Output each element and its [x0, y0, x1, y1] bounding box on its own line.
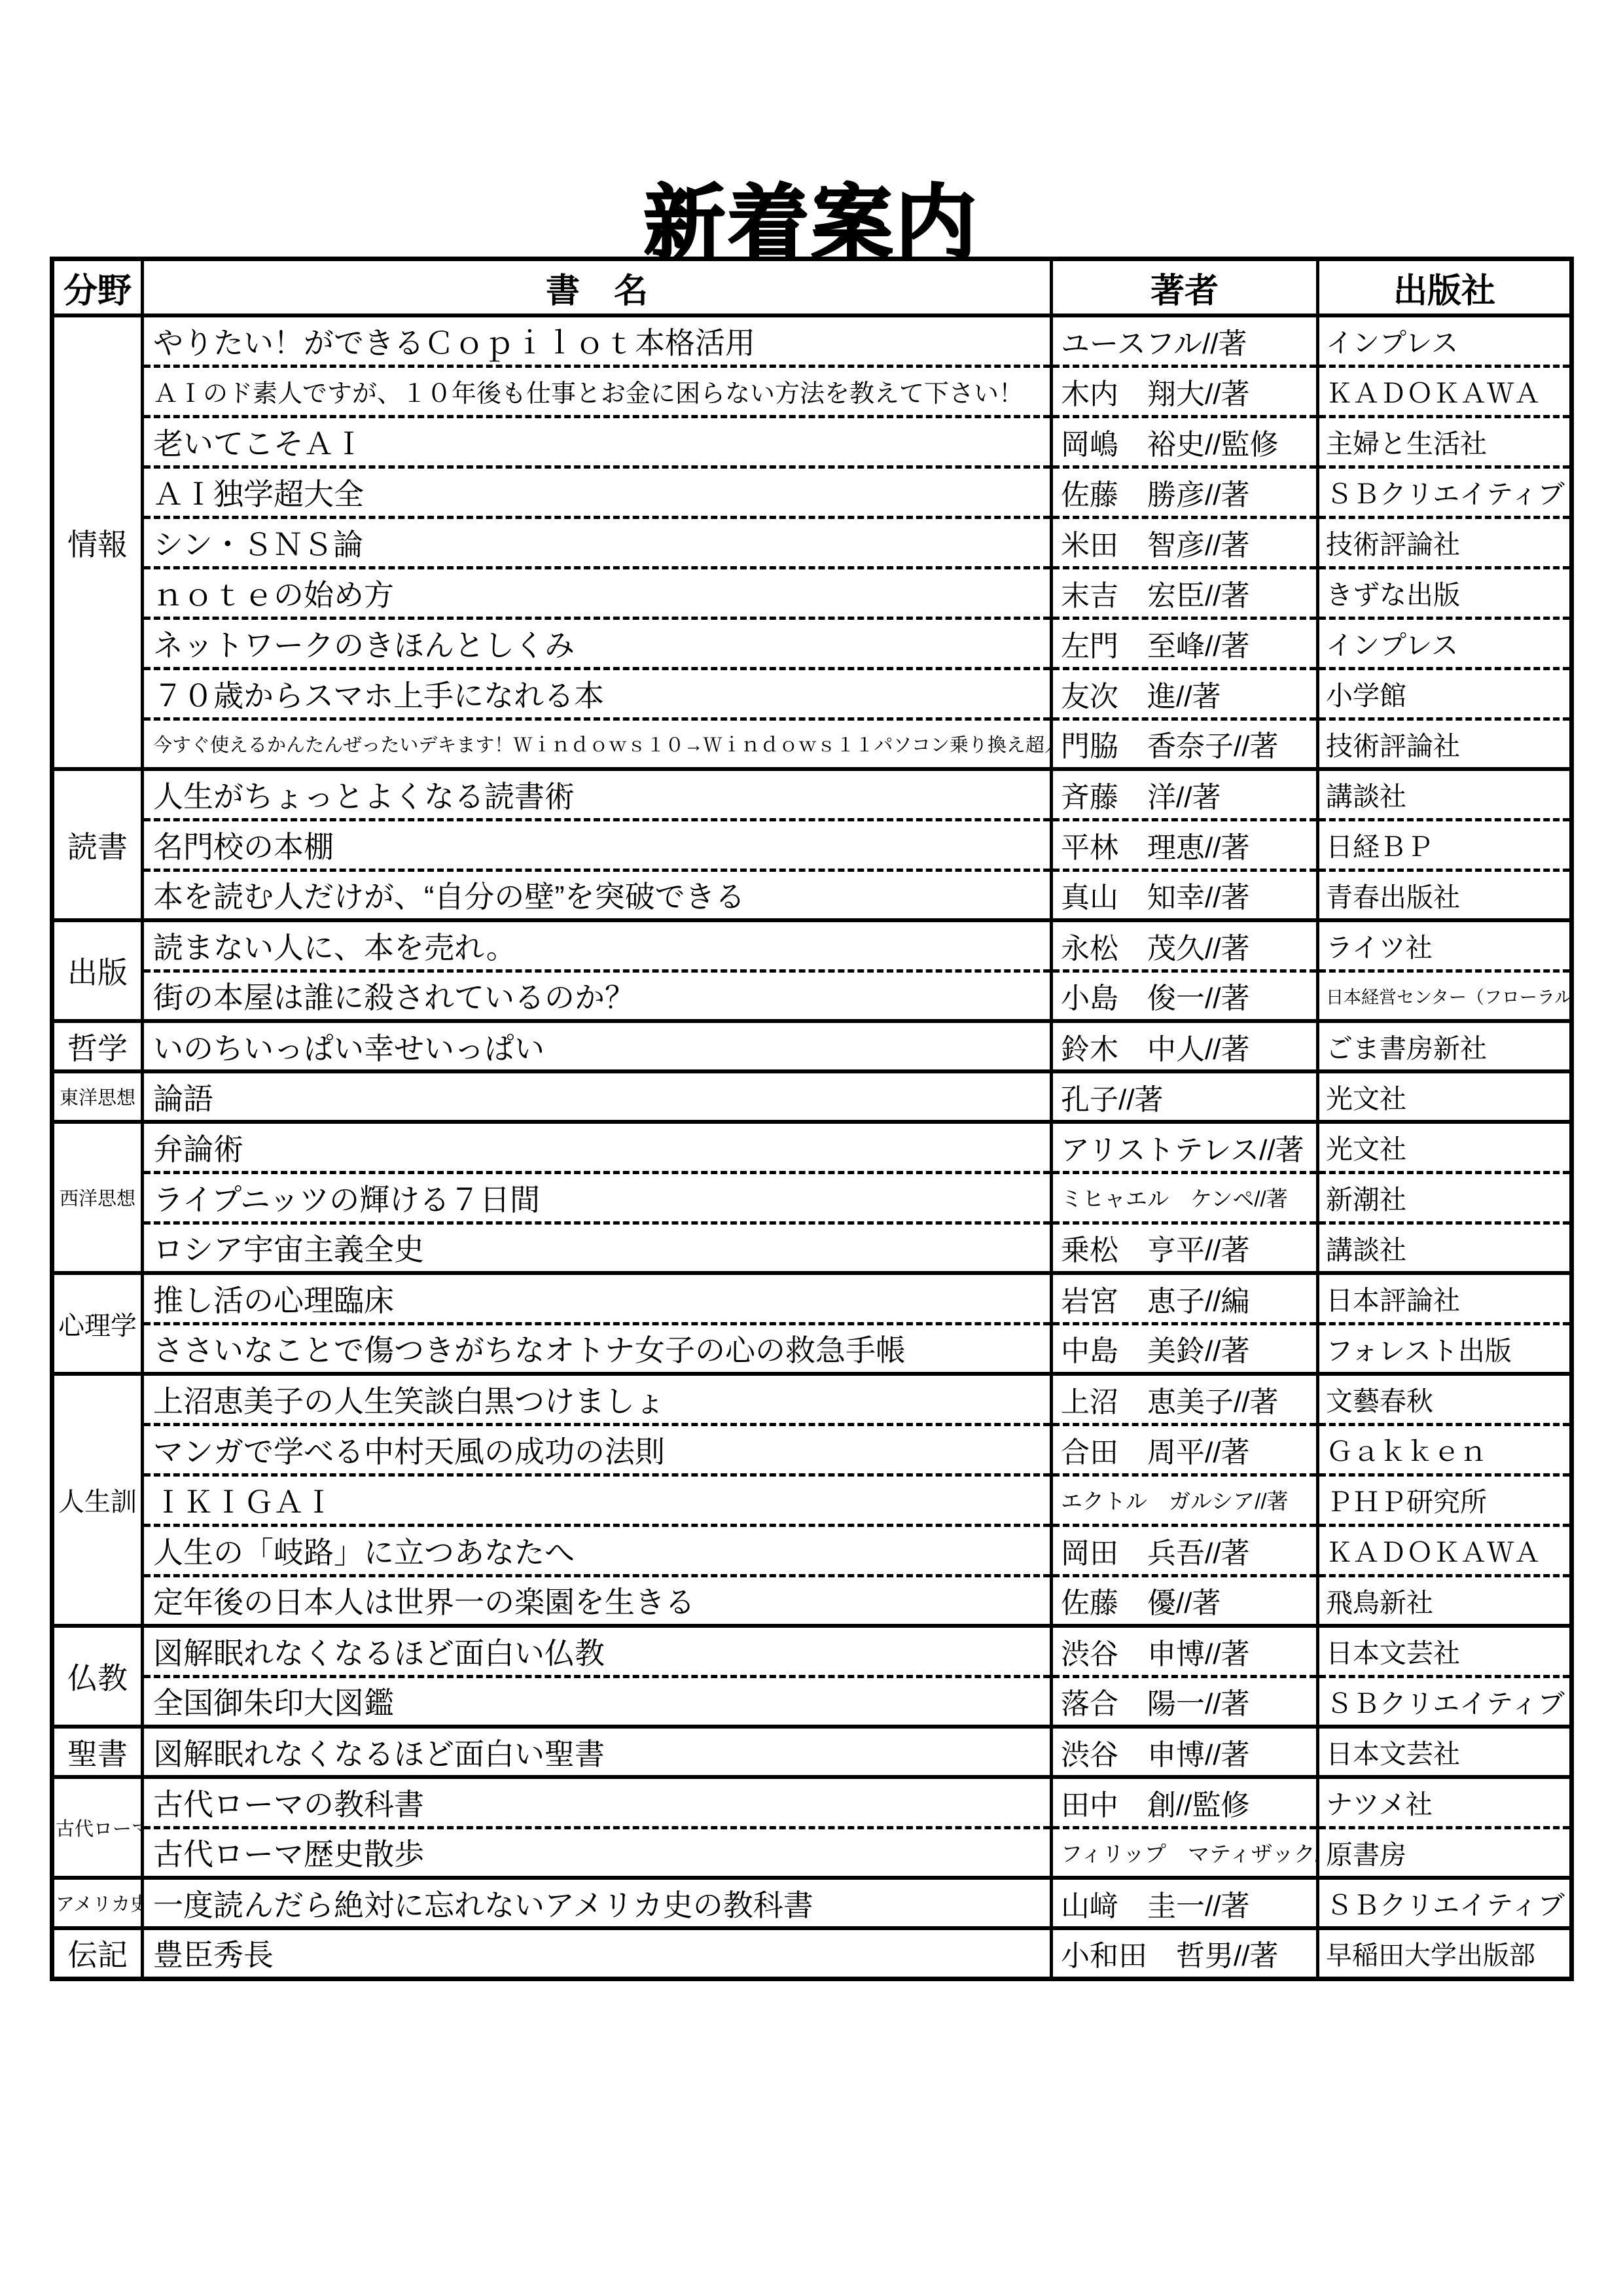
header-publisher: 出版社 — [1318, 259, 1572, 316]
table-row: ささいなことで傷つきがちなオトナ女子の心の救急手帳中島 美鈴//著フォレスト出版 — [52, 1323, 1572, 1374]
author-cell: 田中 創//監修 — [1052, 1777, 1318, 1827]
table-header-row: 分野 書 名 著者 出版社 — [52, 259, 1572, 316]
table-section: 西洋思想弁論術アリストテレス//著光文社ライプニッツの輝ける７日間ミヒャエル ケ… — [52, 1122, 1572, 1273]
author-cell: 岩宮 恵子//編 — [1052, 1273, 1318, 1323]
table-row: ライプニッツの輝ける７日間ミヒャエル ケンペ//著新潮社 — [52, 1172, 1572, 1223]
publisher-cell: 光文社 — [1318, 1071, 1572, 1122]
table-row: ロシア宇宙主義全史乗松 亨平//著講談社 — [52, 1223, 1572, 1273]
table-section: 東洋思想論語孔子//著光文社 — [52, 1071, 1572, 1122]
author-cell: アリストテレス//著 — [1052, 1122, 1318, 1172]
author-cell: 小島 俊一//著 — [1052, 971, 1318, 1021]
header-author: 著者 — [1052, 259, 1318, 316]
author-cell: 友次 進//著 — [1052, 668, 1318, 719]
publisher-cell: 講談社 — [1318, 1223, 1572, 1273]
new-arrivals-table: 分野 書 名 著者 出版社 情報やりたい！ができるＣｏｐｉｌｏｔ本格活用ユースフ… — [50, 257, 1574, 1981]
book-title-cell: 一度読んだら絶対に忘れないアメリカ史の教科書 — [143, 1878, 1052, 1928]
table-row: ７０歳からスマホ上手になれる本友次 進//著小学館 — [52, 668, 1572, 719]
table-section: 心理学推し活の心理臨床岩宮 恵子//編日本評論社ささいなことで傷つきがちなオトナ… — [52, 1273, 1572, 1374]
publisher-cell: ＰＨＰ研究所 — [1318, 1475, 1572, 1525]
table-row: 老いてこそＡＩ岡嶋 裕史//監修主婦と生活社 — [52, 416, 1572, 467]
book-title-cell: 人生がちょっとよくなる読書術 — [143, 769, 1052, 819]
table-row: 仏教図解眠れなくなるほど面白い仏教渋谷 申博//著日本文芸社 — [52, 1626, 1572, 1676]
book-title-cell: 上沼恵美子の人生笑談白黒つけましょ — [143, 1374, 1052, 1424]
book-title-cell: 全国御朱印大図鑑 — [143, 1676, 1052, 1727]
publisher-cell: 日本文芸社 — [1318, 1626, 1572, 1676]
book-title-cell: ネットワークのきほんとしくみ — [143, 618, 1052, 668]
book-title-cell: 老いてこそＡＩ — [143, 416, 1052, 467]
table-row: 情報やりたい！ができるＣｏｐｉｌｏｔ本格活用ユースフル//著インプレス — [52, 315, 1572, 366]
table-row: 定年後の日本人は世界一の楽園を生きる佐藤 優//著飛鳥新社 — [52, 1575, 1572, 1626]
author-cell: 岡嶋 裕史//監修 — [1052, 416, 1318, 467]
book-title-cell: 古代ローマの教科書 — [143, 1777, 1052, 1827]
category-cell: 聖書 — [52, 1727, 143, 1777]
publisher-cell: 技術評論社 — [1318, 517, 1572, 567]
table-row: ＡＩのド素人ですが、１０年後も仕事とお金に困らない方法を教えて下さい！木内 翔大… — [52, 366, 1572, 416]
category-cell: 東洋思想 — [52, 1071, 143, 1122]
table-row: 出版読まない人に、本を売れ。永松 茂久//著ライツ社 — [52, 920, 1572, 971]
publisher-cell: 文藝春秋 — [1318, 1374, 1572, 1424]
table-row: 人生の「岐路」に立つあなたへ岡田 兵吾//著ＫＡＤＯＫＡＷＡ — [52, 1525, 1572, 1575]
table-row: 西洋思想弁論術アリストテレス//著光文社 — [52, 1122, 1572, 1172]
publisher-cell: ＳＢクリエイティブ — [1318, 1878, 1572, 1928]
book-title-cell: ライプニッツの輝ける７日間 — [143, 1172, 1052, 1223]
publisher-cell: 早稲田大学出版部 — [1318, 1928, 1572, 1979]
table-section: 聖書図解眠れなくなるほど面白い聖書渋谷 申博//著日本文芸社 — [52, 1727, 1572, 1777]
book-title-cell: 街の本屋は誰に殺されているのか？ — [143, 971, 1052, 1021]
table-section: 人生訓上沼恵美子の人生笑談白黒つけましょ上沼 恵美子//著文藝春秋マンガで学べる… — [52, 1374, 1572, 1626]
table-row: 哲学いのちいっぱい幸せいっぱい鈴木 中人//著ごま書房新社 — [52, 1021, 1572, 1071]
author-cell: 佐藤 勝彦//著 — [1052, 467, 1318, 517]
author-cell: 門脇 香奈子//著 — [1052, 719, 1318, 769]
author-cell: 真山 知幸//著 — [1052, 870, 1318, 920]
table-row: 東洋思想論語孔子//著光文社 — [52, 1071, 1572, 1122]
table-row: 全国御朱印大図鑑落合 陽一//著ＳＢクリエイティブ — [52, 1676, 1572, 1727]
author-cell: フィリップ マティザック//著 — [1052, 1827, 1318, 1878]
book-title-cell: 人生の「岐路」に立つあなたへ — [143, 1525, 1052, 1575]
author-cell: 乗松 亨平//著 — [1052, 1223, 1318, 1273]
book-title-cell: 本を読む人だけが、“自分の壁”を突破できる — [143, 870, 1052, 920]
author-cell: 合田 周平//著 — [1052, 1424, 1318, 1475]
publisher-cell: 日本文芸社 — [1318, 1727, 1572, 1777]
book-title-cell: 豊臣秀長 — [143, 1928, 1052, 1979]
publisher-cell: 講談社 — [1318, 769, 1572, 819]
publisher-cell: ナツメ社 — [1318, 1777, 1572, 1827]
category-cell: 読書 — [52, 769, 143, 920]
table-section: 古代ローマ古代ローマの教科書田中 創//監修ナツメ社古代ローマ歴史散歩フィリップ… — [52, 1777, 1572, 1878]
category-cell: 人生訓 — [52, 1374, 143, 1626]
book-title-cell: 推し活の心理臨床 — [143, 1273, 1052, 1323]
book-title-cell: 弁論術 — [143, 1122, 1052, 1172]
table-row: 心理学推し活の心理臨床岩宮 恵子//編日本評論社 — [52, 1273, 1572, 1323]
table-row: アメリカ史一度読んだら絶対に忘れないアメリカ史の教科書山﨑 圭一//著ＳＢクリエ… — [52, 1878, 1572, 1928]
publisher-cell: 小学館 — [1318, 668, 1572, 719]
table-section: 伝記豊臣秀長小和田 哲男//著早稲田大学出版部 — [52, 1928, 1572, 1979]
author-cell: ミヒャエル ケンペ//著 — [1052, 1172, 1318, 1223]
author-cell: 落合 陽一//著 — [1052, 1676, 1318, 1727]
publisher-cell: インプレス — [1318, 315, 1572, 366]
book-title-cell: 定年後の日本人は世界一の楽園を生きる — [143, 1575, 1052, 1626]
table-row: 人生訓上沼恵美子の人生笑談白黒つけましょ上沼 恵美子//著文藝春秋 — [52, 1374, 1572, 1424]
publisher-cell: ライツ社 — [1318, 920, 1572, 971]
category-cell: 古代ローマ — [52, 1777, 143, 1878]
publisher-cell: 原書房 — [1318, 1827, 1572, 1878]
book-title-cell: ７０歳からスマホ上手になれる本 — [143, 668, 1052, 719]
author-cell: 木内 翔大//著 — [1052, 366, 1318, 416]
publisher-cell: 日経ＢＰ — [1318, 819, 1572, 870]
table-row: 今すぐ使えるかんたんぜったいデキます！Ｗｉｎｄｏｗｓ１０→Ｗｉｎｄｏｗｓ１１パソ… — [52, 719, 1572, 769]
publisher-cell: 技術評論社 — [1318, 719, 1572, 769]
publisher-cell: Ｇａｋｋｅｎ — [1318, 1424, 1572, 1475]
book-title-cell: 図解眠れなくなるほど面白い仏教 — [143, 1626, 1052, 1676]
book-title-cell: やりたい！ができるＣｏｐｉｌｏｔ本格活用 — [143, 315, 1052, 366]
publisher-cell: 日本経営センター（フローラル出版） — [1318, 971, 1572, 1021]
book-title-cell: 読まない人に、本を売れ。 — [143, 920, 1052, 971]
table-row: 本を読む人だけが、“自分の壁”を突破できる真山 知幸//著青春出版社 — [52, 870, 1572, 920]
publisher-cell: ＳＢクリエイティブ — [1318, 467, 1572, 517]
category-cell: 仏教 — [52, 1626, 143, 1727]
table-section: 仏教図解眠れなくなるほど面白い仏教渋谷 申博//著日本文芸社全国御朱印大図鑑落合… — [52, 1626, 1572, 1727]
book-title-cell: マンガで学べる中村天風の成功の法則 — [143, 1424, 1052, 1475]
table-row: ＡＩ独学超大全佐藤 勝彦//著ＳＢクリエイティブ — [52, 467, 1572, 517]
publisher-cell: 飛鳥新社 — [1318, 1575, 1572, 1626]
author-cell: 中島 美鈴//著 — [1052, 1323, 1318, 1374]
category-cell: 伝記 — [52, 1928, 143, 1979]
author-cell: 永松 茂久//著 — [1052, 920, 1318, 971]
author-cell: 小和田 哲男//著 — [1052, 1928, 1318, 1979]
author-cell: 米田 智彦//著 — [1052, 517, 1318, 567]
publisher-cell: インプレス — [1318, 618, 1572, 668]
table-row: ネットワークのきほんとしくみ左門 至峰//著インプレス — [52, 618, 1572, 668]
author-cell: 左門 至峰//著 — [1052, 618, 1318, 668]
document-page: 新着案内 分野 書 名 著者 出版社 情報やりたい！ができるＣｏｐｉｌｏｔ本格活… — [0, 0, 1623, 2296]
publisher-cell: フォレスト出版 — [1318, 1323, 1572, 1374]
header-category: 分野 — [52, 259, 143, 316]
table-row: 古代ローマ歴史散歩フィリップ マティザック//著原書房 — [52, 1827, 1572, 1878]
publisher-cell: 青春出版社 — [1318, 870, 1572, 920]
category-cell: 心理学 — [52, 1273, 143, 1374]
book-title-cell: 今すぐ使えるかんたんぜったいデキます！Ｗｉｎｄｏｗｓ１０→Ｗｉｎｄｏｗｓ１１パソ… — [143, 719, 1052, 769]
category-cell: アメリカ史 — [52, 1878, 143, 1928]
book-title-cell: ＡＩ独学超大全 — [143, 467, 1052, 517]
category-cell: 情報 — [52, 315, 143, 769]
table-row: 街の本屋は誰に殺されているのか？小島 俊一//著日本経営センター（フローラル出版… — [52, 971, 1572, 1021]
author-cell: 平林 理恵//著 — [1052, 819, 1318, 870]
book-title-cell: ＩＫＩＧＡＩ — [143, 1475, 1052, 1525]
author-cell: 上沼 恵美子//著 — [1052, 1374, 1318, 1424]
table-row: 伝記豊臣秀長小和田 哲男//著早稲田大学出版部 — [52, 1928, 1572, 1979]
table-section: 哲学いのちいっぱい幸せいっぱい鈴木 中人//著ごま書房新社 — [52, 1021, 1572, 1071]
author-cell: 末吉 宏臣//著 — [1052, 567, 1318, 618]
book-title-cell: 論語 — [143, 1071, 1052, 1122]
author-cell: エクトル ガルシア//著 — [1052, 1475, 1318, 1525]
table-row: 聖書図解眠れなくなるほど面白い聖書渋谷 申博//著日本文芸社 — [52, 1727, 1572, 1777]
publisher-cell: 光文社 — [1318, 1122, 1572, 1172]
author-cell: 鈴木 中人//著 — [1052, 1021, 1318, 1071]
publisher-cell: きずな出版 — [1318, 567, 1572, 618]
book-title-cell: ロシア宇宙主義全史 — [143, 1223, 1052, 1273]
author-cell: 孔子//著 — [1052, 1071, 1318, 1122]
book-title-cell: ささいなことで傷つきがちなオトナ女子の心の救急手帳 — [143, 1323, 1052, 1374]
author-cell: 佐藤 優//著 — [1052, 1575, 1318, 1626]
table-section: 情報やりたい！ができるＣｏｐｉｌｏｔ本格活用ユースフル//著インプレスＡＩのド素… — [52, 315, 1572, 769]
table-row: ｎｏｔｅの始め方末吉 宏臣//著きずな出版 — [52, 567, 1572, 618]
publisher-cell: 主婦と生活社 — [1318, 416, 1572, 467]
author-cell: 渋谷 申博//著 — [1052, 1727, 1318, 1777]
book-title-cell: ｎｏｔｅの始め方 — [143, 567, 1052, 618]
author-cell: 斉藤 洋//著 — [1052, 769, 1318, 819]
book-title-cell: 名門校の本棚 — [143, 819, 1052, 870]
category-cell: 西洋思想 — [52, 1122, 143, 1273]
publisher-cell: ごま書房新社 — [1318, 1021, 1572, 1071]
book-title-cell: 図解眠れなくなるほど面白い聖書 — [143, 1727, 1052, 1777]
book-title-cell: 古代ローマ歴史散歩 — [143, 1827, 1052, 1878]
book-title-cell: シン・ＳＮＳ論 — [143, 517, 1052, 567]
publisher-cell: ＳＢクリエイティブ — [1318, 1676, 1572, 1727]
category-cell: 出版 — [52, 920, 143, 1021]
publisher-cell: 日本評論社 — [1318, 1273, 1572, 1323]
book-title-cell: いのちいっぱい幸せいっぱい — [143, 1021, 1052, 1071]
publisher-cell: 新潮社 — [1318, 1172, 1572, 1223]
publisher-cell: ＫＡＤＯＫＡＷＡ — [1318, 1525, 1572, 1575]
table-row: シン・ＳＮＳ論米田 智彦//著技術評論社 — [52, 517, 1572, 567]
table-row: マンガで学べる中村天風の成功の法則合田 周平//著Ｇａｋｋｅｎ — [52, 1424, 1572, 1475]
author-cell: 山﨑 圭一//著 — [1052, 1878, 1318, 1928]
author-cell: ユースフル//著 — [1052, 315, 1318, 366]
table-section: 読書人生がちょっとよくなる読書術斉藤 洋//著講談社名門校の本棚平林 理恵//著… — [52, 769, 1572, 920]
table-row: 古代ローマ古代ローマの教科書田中 創//監修ナツメ社 — [52, 1777, 1572, 1827]
table-row: 名門校の本棚平林 理恵//著日経ＢＰ — [52, 819, 1572, 870]
author-cell: 渋谷 申博//著 — [1052, 1626, 1318, 1676]
publisher-cell: ＫＡＤＯＫＡＷＡ — [1318, 366, 1572, 416]
table-section: アメリカ史一度読んだら絶対に忘れないアメリカ史の教科書山﨑 圭一//著ＳＢクリエ… — [52, 1878, 1572, 1928]
book-title-cell: ＡＩのド素人ですが、１０年後も仕事とお金に困らない方法を教えて下さい！ — [143, 366, 1052, 416]
author-cell: 岡田 兵吾//著 — [1052, 1525, 1318, 1575]
category-cell: 哲学 — [52, 1021, 143, 1071]
table-row: ＩＫＩＧＡＩエクトル ガルシア//著ＰＨＰ研究所 — [52, 1475, 1572, 1525]
table-row: 読書人生がちょっとよくなる読書術斉藤 洋//著講談社 — [52, 769, 1572, 819]
table-section: 出版読まない人に、本を売れ。永松 茂久//著ライツ社街の本屋は誰に殺されているの… — [52, 920, 1572, 1021]
header-title: 書 名 — [143, 259, 1052, 316]
